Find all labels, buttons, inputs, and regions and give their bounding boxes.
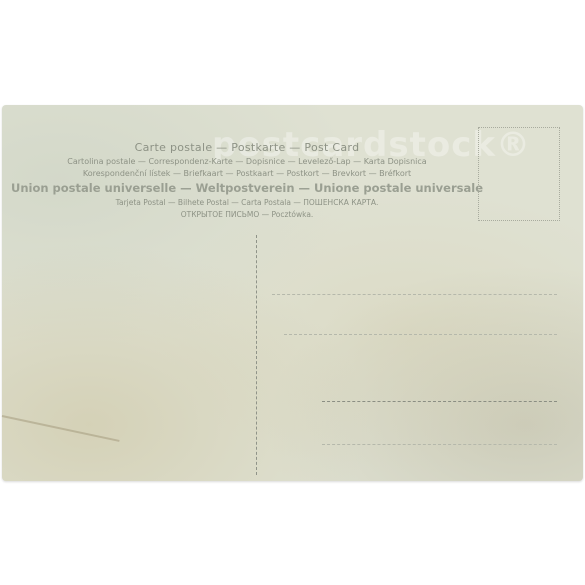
center-divider	[256, 235, 257, 475]
address-line-3	[322, 401, 557, 402]
address-line-1	[272, 294, 557, 295]
paper-crease	[2, 415, 120, 442]
address-line-4	[322, 444, 557, 445]
header-line-4: Union postale universelle — Weltpostvere…	[2, 181, 492, 195]
postcard-back: postcardstock® Carte postale — Postkarte…	[2, 105, 583, 481]
header-line-5: Tarjeta Postal — Bilhete Postal — Carta …	[2, 198, 492, 207]
header-line-3: Korespondenční lístek — Briefkaart — Pos…	[2, 169, 492, 178]
header-line-6: ОТКРЫТОЕ ПИСЬМО — Pocztówka.	[2, 210, 492, 219]
header-line-1: Carte postale — Postkarte — Post Card	[2, 141, 492, 154]
header-line-2: Cartolina postale — Correspondenz-Karte …	[2, 157, 492, 166]
address-line-2	[284, 334, 557, 335]
stamp-box	[478, 127, 560, 221]
